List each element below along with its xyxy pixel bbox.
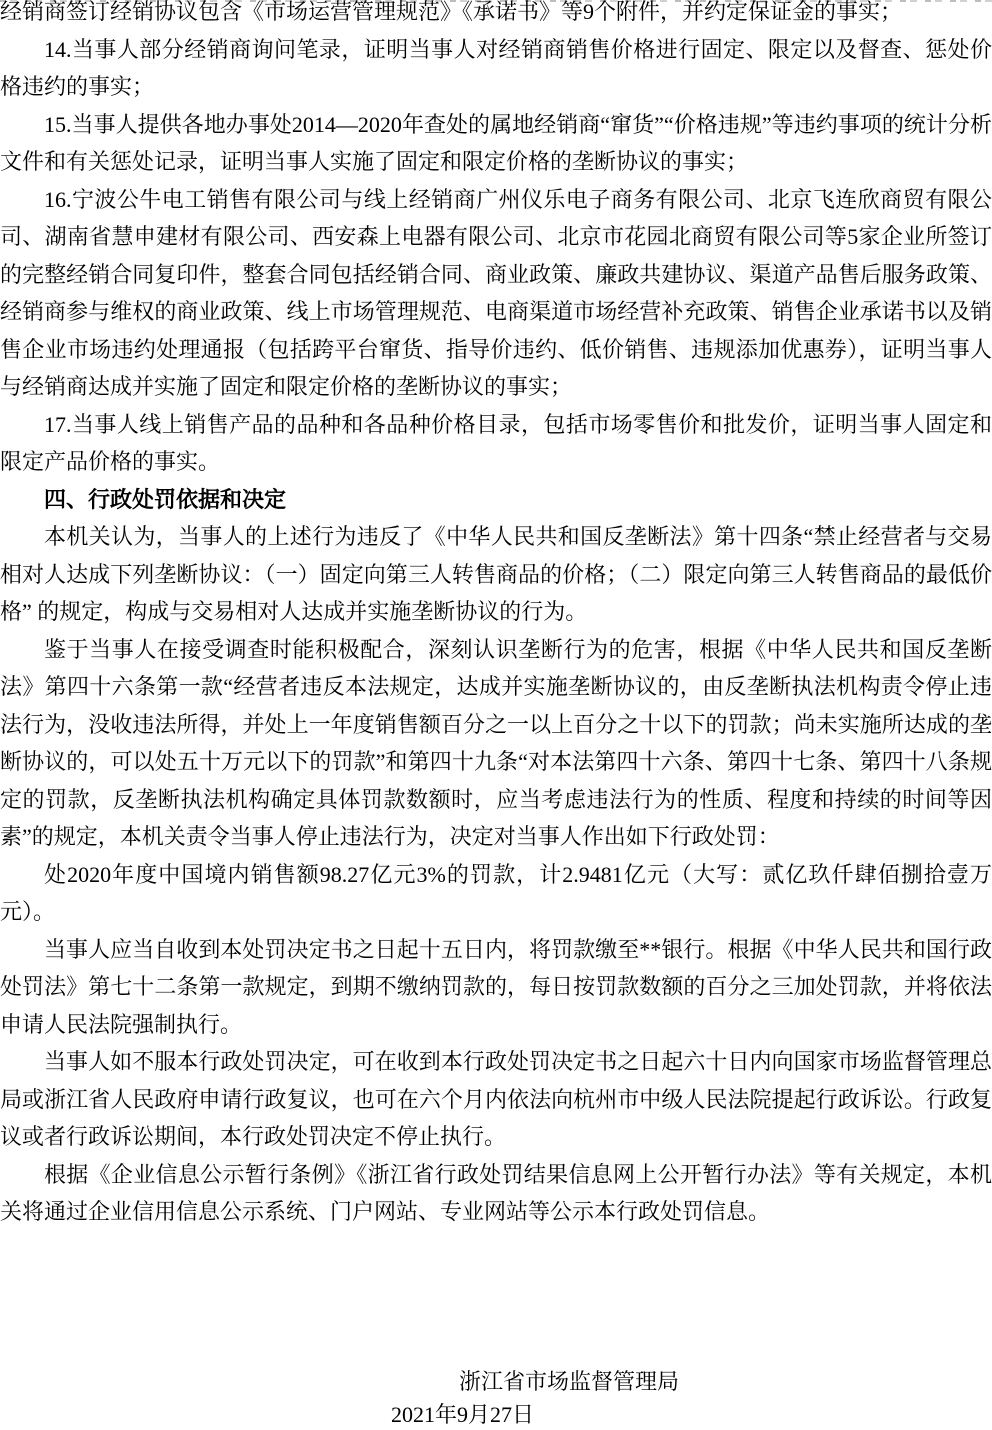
paragraph-evidence-item-16: 16.宁波公牛电工销售有限公司与线上经销商广州仪乐电子商务有限公司、北京飞连欣商… bbox=[0, 181, 992, 406]
paragraph-payment-instructions: 当事人应当自收到本处罚决定书之日起十五日内，将罚款缴至**银行。根据《中华人民共… bbox=[0, 931, 992, 1044]
paragraph-evidence-item-15: 15.当事人提供各地办事处2014—2020年查处的属地经销商“窜货”“价格违规… bbox=[0, 106, 992, 181]
paragraph-evidence-item-17: 17.当事人线上销售产品的品种和各品种价格目录，包括市场零售价和批发价，证明当事… bbox=[0, 406, 992, 481]
paragraph-public-disclosure: 根据《企业信息公示暂行条例》《浙江省行政处罚结果信息网上公开暂行办法》等有关规定… bbox=[0, 1156, 992, 1231]
paragraph-legal-basis-article-14: 本机关认为，当事人的上述行为违反了《中华人民共和国反垄断法》第十四条“禁止经营者… bbox=[0, 518, 992, 631]
signature-organization: 浙江省市场监督管理局 bbox=[459, 1363, 679, 1401]
paragraph-appeal-rights: 当事人如不服本行政处罚决定，可在收到本行政处罚决定书之日起六十日内向国家市场监督… bbox=[0, 1043, 992, 1156]
document-body: 经销商签订经销协议包含《市场运营管理规范》《承诺书》等9个附件，并约定保证金的事… bbox=[0, 0, 992, 1231]
paragraph-penalty-determination: 鉴于当事人在接受调查时能积极配合，深刻认识垄断行为的危害，根据《中华人民共和国反… bbox=[0, 631, 992, 856]
paragraph-fine-amount: 处2020年度中国境内销售额98.27亿元3%的罚款，计2.9481亿元（大写：… bbox=[0, 856, 992, 931]
section-heading-penalty-basis-and-decision: 四、行政处罚依据和决定 bbox=[0, 481, 992, 519]
penalty-decision-document-page: 经销商签订经销协议包含《市场运营管理规范》《承诺书》等9个附件，并约定保证金的事… bbox=[0, 0, 992, 1430]
paragraph-evidence-item-14: 14.当事人部分经销商询问笔录，证明当事人对经销商销售价格进行固定、限定以及督查… bbox=[0, 31, 992, 106]
paragraph-evidence-9-attachments: 经销商签订经销协议包含《市场运营管理规范》《承诺书》等9个附件，并约定保证金的事… bbox=[0, 0, 992, 31]
signature-date: 2021年9月27日 bbox=[391, 1396, 534, 1430]
